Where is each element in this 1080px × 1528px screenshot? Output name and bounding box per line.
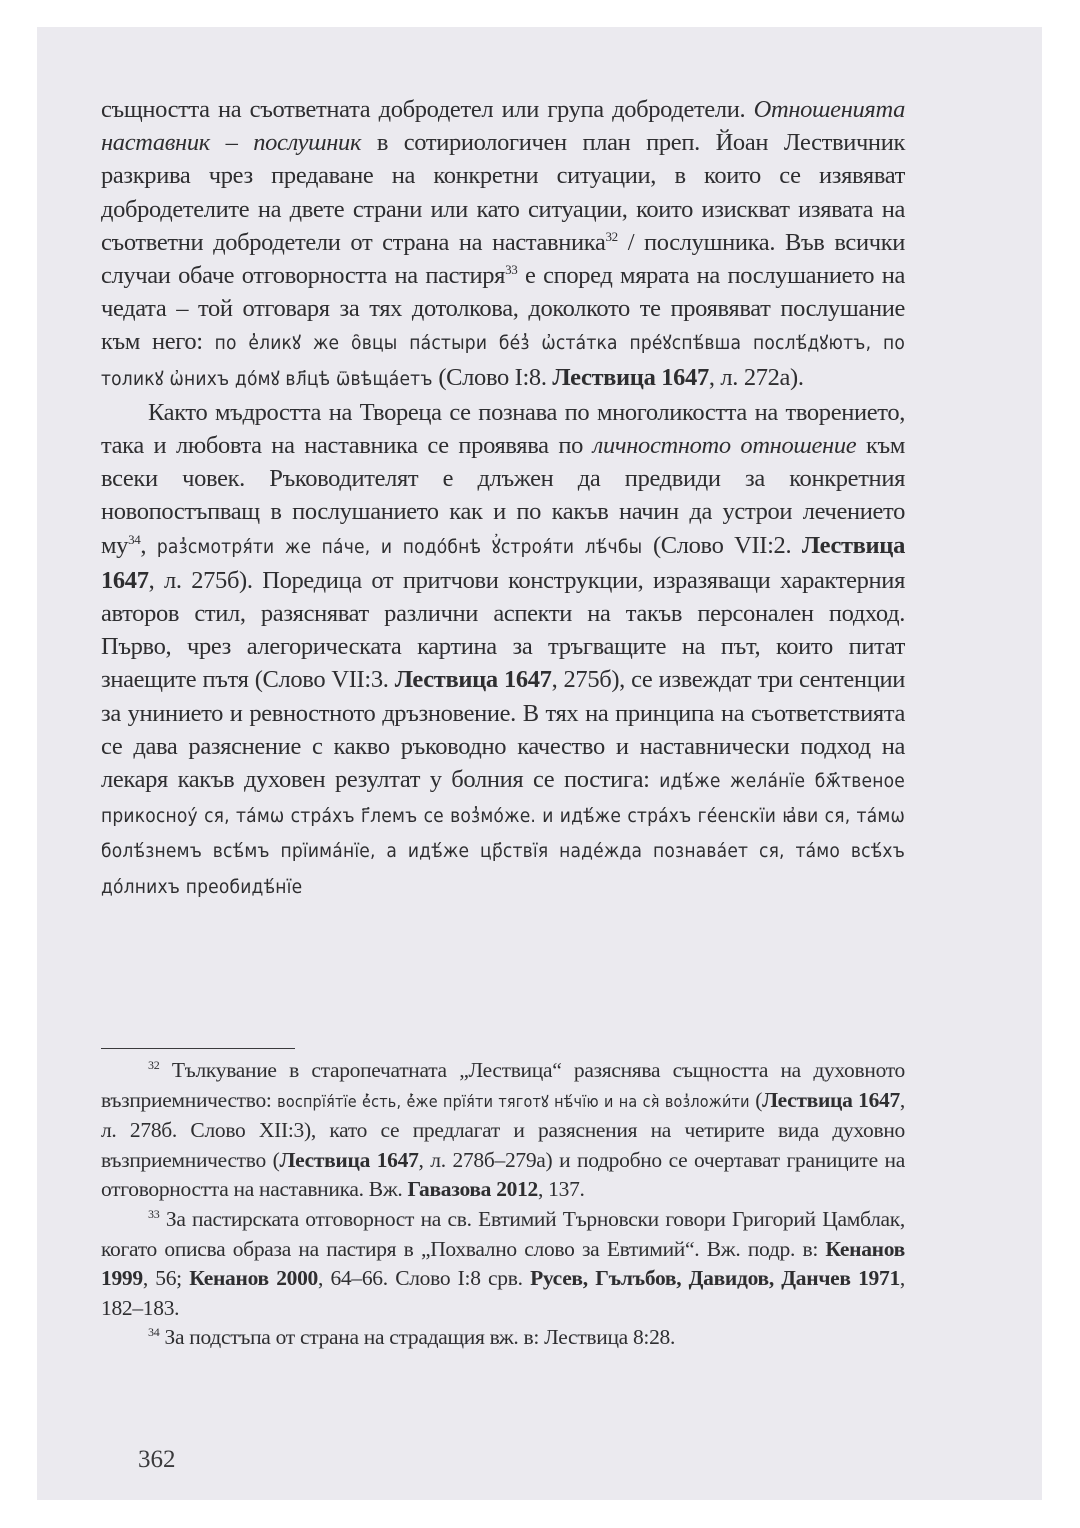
paragraph-1: същността на съответната добродетел или … (101, 93, 905, 396)
citation-bold: Лествица 1647 (552, 364, 708, 391)
citation-bold: Лествица 1647 (395, 666, 552, 693)
citation-bold: Гавазова 2012 (408, 1177, 538, 1201)
text-run: , 137. (538, 1177, 585, 1201)
citation-bold: Русев, Гълъбов, Давидов, Данчев 1971 (530, 1266, 900, 1290)
text-run: същността на съответната добродетел или … (101, 96, 754, 123)
footnote-ref-32[interactable]: 32 (606, 229, 618, 244)
text-run: (Слово VII:2. (642, 532, 802, 559)
main-text-column: същността на съответната добродетел или … (101, 93, 905, 904)
paragraph-2: Както мъдростта на Твореца се познава по… (101, 396, 905, 904)
church-slavonic-quote: воспрїя́тїе е̓́сть, е̓́же прїя́ти тяготꙋ… (277, 1092, 750, 1111)
italic-phrase: личностното отношение (593, 432, 857, 459)
citation-bold: Лествица 1647 (762, 1088, 900, 1112)
text-run: , (140, 532, 156, 559)
text-run: , 64–66. Слово I:8 срв. (318, 1266, 530, 1290)
text-run: ( (750, 1088, 762, 1112)
footnote-34: 34 За подстъпа от страна на страдащия вж… (101, 1323, 905, 1353)
text-run: (Слово I:8. (433, 364, 553, 391)
church-slavonic-quote: раз̓смотря́ти же па́че, и подо́бнѣ ꙋ҆стр… (157, 536, 642, 558)
footnote-number: 34 (148, 1325, 159, 1339)
footnotes: 32 Тълкувание в старопечатната „Лествица… (101, 1056, 905, 1353)
text-run: За пастирската отговорност на св. Евтими… (101, 1207, 905, 1261)
footnote-32: 32 Тълкувание в старопечатната „Лествица… (101, 1056, 905, 1205)
footnote-33: 33 За пастирската отговорност на св. Евт… (101, 1205, 905, 1323)
page-number: 362 (138, 1446, 176, 1474)
text-run: , л. 272а). (709, 364, 804, 391)
footnote-number: 33 (148, 1207, 159, 1221)
text-run: За подстъпа от страна на страдащия вж. в… (164, 1325, 675, 1349)
footnote-number: 32 (148, 1058, 159, 1072)
citation-bold: Лествица 1647 (280, 1148, 419, 1172)
footnote-ref-34[interactable]: 34 (128, 532, 140, 547)
footnote-ref-33[interactable]: 33 (505, 262, 517, 277)
footnote-separator (101, 1048, 295, 1049)
text-run: , 56; (143, 1266, 189, 1290)
citation-bold: Кенанов 2000 (189, 1266, 318, 1290)
